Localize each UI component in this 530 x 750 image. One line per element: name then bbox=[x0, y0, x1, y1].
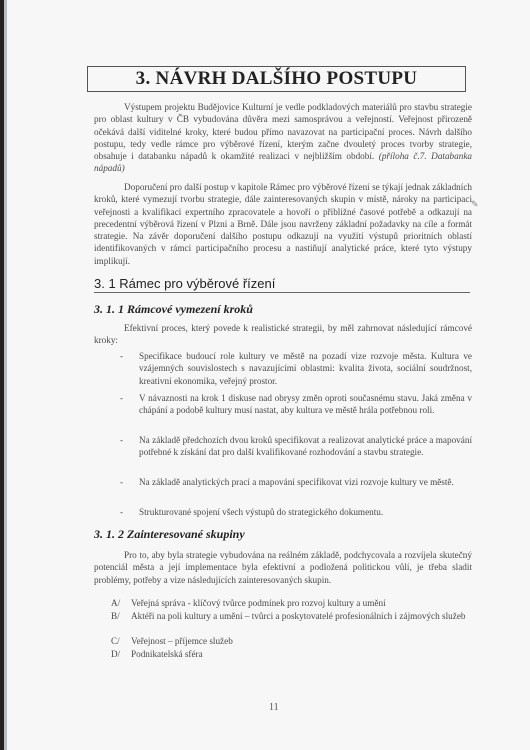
document-page: 3. NÁVRH DALŠÍHO POSTUPU Výstupem projek… bbox=[7, 0, 530, 750]
group-text: Aktéři na poli kultury a umění – tvůrci … bbox=[131, 610, 473, 622]
steps-intro: Efektivní proces, který povede k realist… bbox=[94, 322, 472, 347]
step-item: - Na základě analytických prací a mapová… bbox=[139, 476, 472, 488]
group-text: Veřejnost – příjemce služeb bbox=[131, 635, 473, 647]
step-item: - Specifikace budoucí role kultury ve mě… bbox=[139, 350, 472, 387]
step-text: Strukturované spojení všech výstupů do s… bbox=[139, 507, 383, 517]
section-heading-3-1: 3. 1 Rámec pro výběrové řízení bbox=[94, 276, 470, 293]
stakeholder-group-item: C/ Veřejnost – příjemce služeb bbox=[111, 635, 473, 647]
groups-intro-text: Pro to, aby byla strategie vybudována na… bbox=[94, 550, 472, 585]
intro-paragraph-1: Výstupem projektu Budějovice Kulturní je… bbox=[94, 101, 472, 175]
stakeholder-group-item: D/ Podnikatelská sféra bbox=[111, 648, 473, 660]
intro-paragraph-2-text: Doporučení pro další postup v kapitole R… bbox=[94, 182, 472, 266]
chapter-title: 3. NÁVRH DALŠÍHO POSTUPU bbox=[136, 68, 418, 89]
stakeholder-group-item: B/ Aktéři na poli kultury a umění – tvůr… bbox=[111, 610, 473, 622]
step-text: V návaznosti na krok 1 diskuse nad obrys… bbox=[139, 393, 472, 415]
group-label: D/ bbox=[111, 648, 120, 660]
group-label: A/ bbox=[111, 597, 120, 609]
bullet-dash: - bbox=[120, 506, 123, 518]
page-number: 11 bbox=[269, 702, 279, 713]
bullet-dash: - bbox=[120, 392, 123, 404]
bullet-dash: - bbox=[120, 434, 123, 446]
step-text: Na základě analytických prací a mapování… bbox=[139, 477, 454, 487]
section-heading-3-1-1: 3. 1. 1 Rámcové vymezení kroků bbox=[94, 302, 253, 317]
scan-annotation-mark-icon: ✎ bbox=[471, 199, 479, 210]
group-label: B/ bbox=[111, 610, 120, 622]
intro-paragraph-2: Doporučení pro další postup v kapitole R… bbox=[94, 181, 472, 267]
step-item: - Strukturované spojení všech výstupů do… bbox=[139, 506, 472, 518]
chapter-title-box: 3. NÁVRH DALŠÍHO POSTUPU bbox=[87, 66, 466, 92]
section-heading-3-1-2: 3. 1. 2 Zainteresované skupiny bbox=[94, 527, 245, 542]
bullet-dash: - bbox=[120, 476, 123, 488]
step-item: - V návaznosti na krok 1 diskuse nad obr… bbox=[139, 392, 472, 417]
group-label: C/ bbox=[111, 635, 120, 647]
stakeholder-group-item: A/ Veřejná správa - klíčový tvůrce podmí… bbox=[111, 597, 473, 609]
step-text: Na základě předchozích dvou kroků specif… bbox=[139, 435, 472, 457]
groups-intro: Pro to, aby byla strategie vybudována na… bbox=[94, 549, 472, 586]
bullet-dash: - bbox=[120, 350, 123, 362]
group-text: Podnikatelská sféra bbox=[131, 648, 473, 660]
group-text: Veřejná správa - klíčový tvůrce podmínek… bbox=[131, 597, 473, 609]
step-text: Specifikace budoucí role kultury ve měst… bbox=[139, 351, 472, 386]
steps-intro-text: Efektivní proces, který povede k realist… bbox=[94, 323, 472, 345]
step-item: - Na základě předchozích dvou kroků spec… bbox=[139, 434, 472, 459]
